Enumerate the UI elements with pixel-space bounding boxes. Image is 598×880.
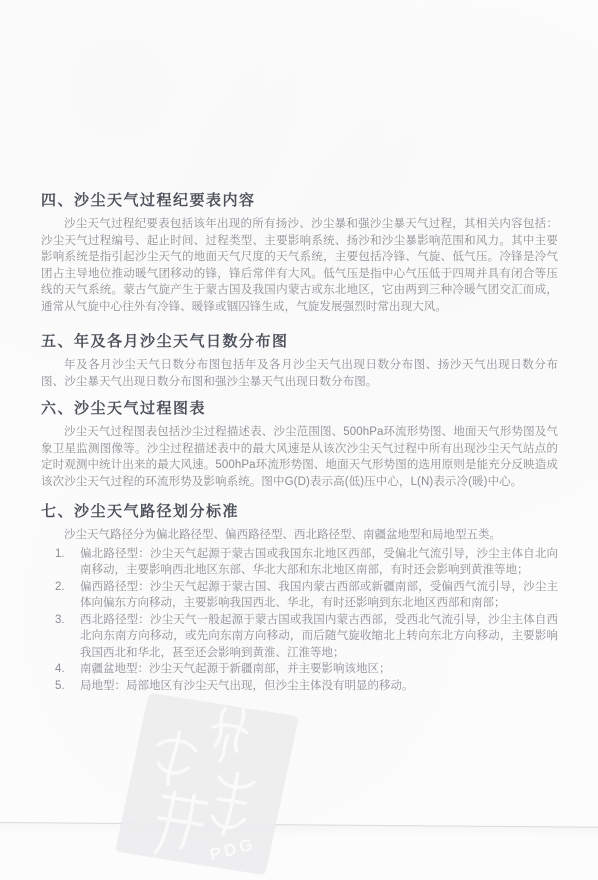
item-text: 局地型：局部地区有沙尘天气出现，但沙尘主体没有明显的移动。: [80, 680, 414, 692]
section-paragraph: 年及各月沙尘天气日数分布图包括年及各月沙尘天气出现日数分布图、扬沙天气出现日数分…: [41, 357, 558, 390]
seal-script-characters-icon: [115, 693, 299, 875]
section-heading: 四、沙尘天气过程纪要表内容: [41, 191, 558, 211]
section-intro: 沙尘天气路径分为偏北路径型、偏西路径型、西北路径型、南疆盆地型和局地型五类。: [41, 527, 558, 544]
section-heading: 七、沙尘天气路径划分标准: [41, 502, 558, 522]
list-item-local-type: 5. 局地型：局部地区有沙尘天气出现，但沙尘主体没有明显的移动。: [41, 678, 558, 695]
item-number: 5.: [55, 678, 77, 695]
item-text: 西北路径型：沙尘天气一般起源于蒙古国或我国内蒙古西部，受西北气流引导，沙尘主体自…: [80, 614, 558, 659]
section-heading: 五、年及各月沙尘天气日数分布图: [41, 332, 558, 352]
item-number: 2.: [55, 579, 77, 596]
item-number: 4.: [55, 661, 77, 678]
section-5-day-count-maps: 五、年及各月沙尘天气日数分布图 年及各月沙尘天气日数分布图包括年及各月沙尘天气出…: [41, 332, 558, 390]
item-text: 南疆盆地型：沙尘天气起源于新疆南部，并主要影响该地区；: [80, 663, 391, 675]
route-type-list: 1. 偏北路径型：沙尘天气起源于蒙古国或我国东北地区西部，受偏北气流引导，沙尘主…: [41, 546, 558, 695]
pdg-seal-watermark: PDG: [115, 693, 299, 875]
section-paragraph: 沙尘天气过程图表包括沙尘过程描述表、沙尘范围图、500hPa环流形势图、地面天气…: [41, 424, 558, 490]
section-4-process-summary-table: 四、沙尘天气过程纪要表内容 沙尘天气过程纪要表包括该年出现的所有扬沙、沙尘暴和强…: [41, 191, 558, 315]
section-heading: 六、沙尘天气过程图表: [41, 399, 558, 419]
section-6-process-charts: 六、沙尘天气过程图表 沙尘天气过程图表包括沙尘过程描述表、沙尘范围图、500hP…: [41, 399, 558, 490]
list-item-north-path: 1. 偏北路径型：沙尘天气起源于蒙古国或我国东北地区西部，受偏北气流引导，沙尘主…: [41, 546, 558, 579]
item-number: 1.: [55, 546, 77, 563]
scanned-document-page: 四、沙尘天气过程纪要表内容 沙尘天气过程纪要表包括该年出现的所有扬沙、沙尘暴和强…: [0, 0, 598, 880]
list-item-southern-xinjiang-basin: 4. 南疆盆地型：沙尘天气起源于新疆南部，并主要影响该地区；: [41, 661, 558, 678]
item-text: 偏西路径型：沙尘天气起源于蒙古国、我国内蒙古西部或新疆南部，受偏西气流引导，沙尘…: [80, 581, 558, 610]
item-text: 偏北路径型：沙尘天气起源于蒙古国或我国东北地区西部，受偏北气流引导，沙尘主体自北…: [80, 548, 558, 577]
list-item-northwest-path: 3. 西北路径型：沙尘天气一般起源于蒙古国或我国内蒙古西部，受西北气流引导，沙尘…: [41, 612, 558, 662]
item-number: 3.: [55, 612, 77, 629]
list-item-west-path: 2. 偏西路径型：沙尘天气起源于蒙古国、我国内蒙古西部或新疆南部，受偏西气流引导…: [41, 579, 558, 612]
section-paragraph: 沙尘天气过程纪要表包括该年出现的所有扬沙、沙尘暴和强沙尘暴天气过程，其相关内容包…: [41, 216, 558, 315]
section-7-path-classification: 七、沙尘天气路径划分标准 沙尘天气路径分为偏北路径型、偏西路径型、西北路径型、南…: [41, 502, 558, 694]
